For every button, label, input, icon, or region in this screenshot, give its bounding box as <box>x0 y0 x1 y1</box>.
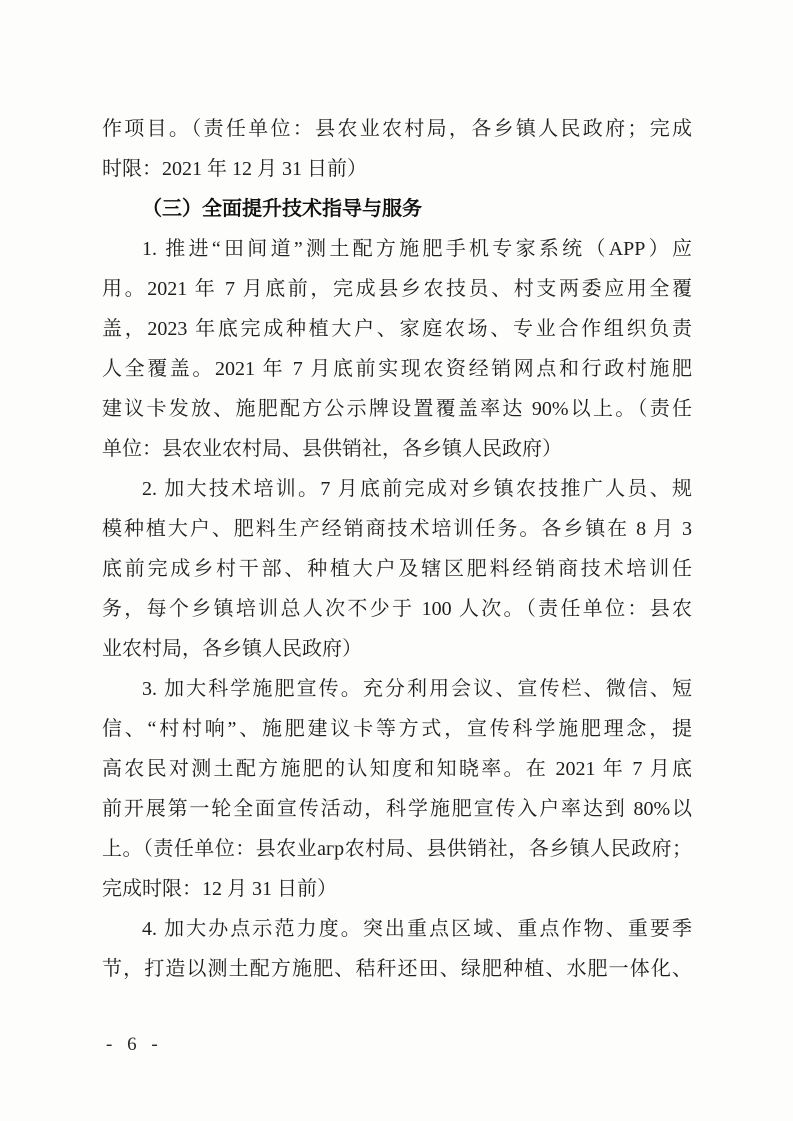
text-line-6: 盖，2023 年底完成种植大户、家庭农场、专业合作组织负责 <box>102 309 692 349</box>
text-line-21: 4. 加大办点示范力度。突出重点区域、重点作物、重要季 <box>102 909 692 949</box>
text-line-8: 建议卡发放、施肥配方公示牌设置覆盖率达 90%以上。（责任 <box>102 389 692 429</box>
text-line-19: 上。（责任单位：县农业агр农村局、县供销社，各乡镇人民政府； <box>102 829 692 869</box>
text-line-14: 业农村局，各乡镇人民政府） <box>102 629 692 669</box>
text-line-15: 3. 加大科学施肥宣传。充分利用会议、宣传栏、微信、短 <box>102 669 692 709</box>
text-line-13: 务，每个乡镇培训总人次不少于 100 人次。（责任单位：县农 <box>102 589 692 629</box>
text-line-11: 模种植大户、肥料生产经销商技术培训任务。各乡镇在 8 月 3 <box>102 509 692 549</box>
text-line-12: 底前完成乡村干部、种植大户及辖区肥料经销商技术培训任 <box>102 549 692 589</box>
text-line-7: 人全覆盖。2021 年 7 月底前实现农资经销网点和行政村施肥 <box>102 349 692 389</box>
section-heading: （三）全面提升技术指导与服务 <box>102 189 692 229</box>
document-page: 作项目。（责任单位：县农业农村局，各乡镇人民政府；完成 时限：2021 年 12… <box>0 0 793 1121</box>
text-line-2: 时限：2021 年 12 月 31 日前） <box>102 149 692 189</box>
text-line-5: 用。2021 年 7 月底前，完成县乡农技员、村支两委应用全覆 <box>102 269 692 309</box>
text-line-18: 前开展第一轮全面宣传活动，科学施肥宣传入户率达到 80%以 <box>102 789 692 829</box>
text-line-4: 1. 推进“田间道”测土配方施肥手机专家系统（APP）应 <box>102 229 692 269</box>
text-line-17: 高农民对测土配方施肥的认知度和知晓率。在 2021 年 7 月底 <box>102 749 692 789</box>
text-line-10: 2. 加大技术培训。7 月底前完成对乡镇农技推广人员、规 <box>102 469 692 509</box>
text-line-20: 完成时限：12 月 31 日前） <box>102 869 692 909</box>
text-line-1: 作项目。（责任单位：县农业农村局，各乡镇人民政府；完成 <box>102 109 692 149</box>
text-line-16: 信、“村村响”、施肥建议卡等方式，宣传科学施肥理念，提 <box>102 709 692 749</box>
page-number: - 6 - <box>106 1030 163 1060</box>
document-body: 作项目。（责任单位：县农业农村局，各乡镇人民政府；完成 时限：2021 年 12… <box>102 109 692 989</box>
text-line-22: 节，打造以测土配方施肥、秸秆还田、绿肥种植、水肥一体化、 <box>102 949 692 989</box>
text-line-9: 单位：县农业农村局、县供销社，各乡镇人民政府） <box>102 429 692 469</box>
